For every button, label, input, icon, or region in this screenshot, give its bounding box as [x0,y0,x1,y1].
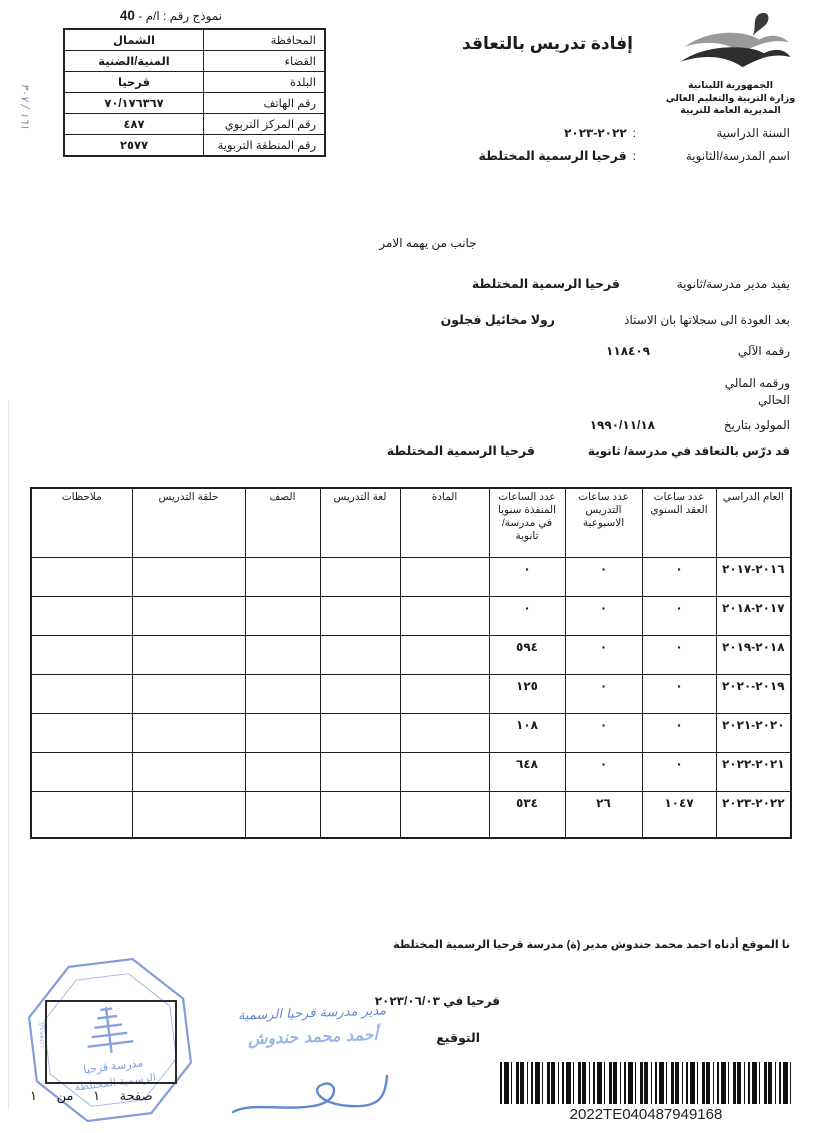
statement-1-label: يفيد مدير مدرسة/ثانوية [620,277,790,291]
table-row: رقم المركز التربوي٤٨٧ [64,114,325,135]
form-number-value: 40 [120,8,135,23]
table-row: المحافظةالشمال [64,29,325,51]
region-value: ٤٨٧ [64,114,204,135]
table-cell [132,753,245,792]
statement-2-label: بعد العودة الى سجلاتها بان الاستاذ [555,313,790,327]
school-name-value: قرحيا الرسمية المختلطة [479,149,627,163]
table-row: رقم الهاتف٧٠/١٧٦٣٦٧ [64,93,325,114]
table-cell: ٢٦ [565,792,642,839]
table-cell [400,753,489,792]
region-label: رقم الهاتف [204,93,326,114]
table-row: ٢٠١٩-٢٠٢٠٠٠١٢٥ [31,675,791,714]
table-cell [31,792,132,839]
school-name-line: اسم المدرسة/الثانوية:قرحيا الرسمية المخت… [479,148,791,163]
document-page: نموذج رقم : ا/م - 40 ١٦١ / ٣٠٧ المحافظةا… [0,0,816,1133]
school-year-label: السنة الدراسية [642,126,790,140]
table-cell [400,714,489,753]
barcode [500,1062,792,1104]
table-cell [400,792,489,839]
table-cell [320,558,400,597]
signature-scribble-icon [225,1072,410,1120]
signature-label: التوقيع [436,1030,480,1045]
table-cell [245,792,320,839]
region-value: الشمال [64,29,204,51]
table-cell [245,753,320,792]
table-cell [400,675,489,714]
table-cell: ٠ [642,636,716,675]
region-label: البلدة [204,72,326,93]
table-cell: ٢٠١٩-٢٠٢٠ [716,675,791,714]
statement-line-3: رقمه الآلي١١٨٤٠٩ [606,344,790,358]
ministry-logo [660,10,805,85]
table-cell: ١٢٥ [489,675,565,714]
table-cell [400,636,489,675]
region-info-table: المحافظةالشمال القضاءالمنية/الضنية البلد… [63,28,326,157]
table-header: عدد ساعات التدريس الاسبوعية [565,488,642,558]
table-header: حلقة التدريس [132,488,245,558]
table-cell: ٥٣٤ [489,792,565,839]
table-cell [31,636,132,675]
table-cell [132,714,245,753]
statement-4-label-b: الحالي [758,393,790,407]
region-value: ٢٥٧٧ [64,135,204,157]
region-label: رقم المنطقة التربوية [204,135,326,157]
table-cell [245,675,320,714]
ministry-line1: الجمهورية اللبنانية [648,80,813,93]
table-cell: ٠ [642,558,716,597]
form-number-label: نموذج رقم : ا/م - [138,9,222,23]
statement-6-label: قد درّس بالتعاقد في مدرسة/ ثانوية [535,444,790,458]
table-cell [132,558,245,597]
table-cell [320,714,400,753]
table-row: ٢٠١٦-٢٠١٧٠٠٠ [31,558,791,597]
colon: : [627,126,642,140]
signature-name-line: أحمد محمد حندوش [195,1023,431,1050]
table-cell [132,792,245,839]
table-header: الصف [245,488,320,558]
table-row: ٢٠٢٢-٢٠٢٣١٠٤٧٢٦٥٣٤ [31,792,791,839]
table-cell: ٢٠٢١-٢٠٢٢ [716,753,791,792]
page-title: إفادة تدريس بالتعاقد [420,34,675,54]
statement-3-label: رقمه الآلي [650,344,790,358]
table-cell: ٠ [565,558,642,597]
table-cell: ٢٠١٧-٢٠١٨ [716,597,791,636]
table-cell [31,558,132,597]
table-cell [245,714,320,753]
to-whom-line: جانب من يهمه الامر [0,236,816,250]
table-cell: ٠ [642,753,716,792]
statement-4-label-a: ورقمه المالي [725,376,790,390]
table-cell [400,558,489,597]
ministry-line2: وزارة التربية والتعليم العالي [648,93,813,106]
table-cell [245,558,320,597]
declaration-line: نا الموقع أدناه احمد محمد حندوش مدير (ة)… [393,938,790,951]
table-cell [31,597,132,636]
table-cell [132,675,245,714]
statement-2-value: رولا مخائيل فجلون [441,313,555,327]
table-cell: ٠ [642,675,716,714]
table-cell [320,792,400,839]
statement-line-6: قد درّس بالتعاقد في مدرسة/ ثانويةقرحيا ا… [387,443,790,458]
table-cell [132,636,245,675]
table-cell: ٠ [642,597,716,636]
table-header: لغة التدريس [320,488,400,558]
table-header: العام الدراسي [716,488,791,558]
table-cell [31,714,132,753]
colon: : [627,149,642,163]
ministry-line3: المديرية العامة للتربية [648,105,813,118]
table-cell: ٠ [565,597,642,636]
table-cell: ١٠٤٧ [642,792,716,839]
table-cell [320,636,400,675]
table-header-row: العام الدراسي عدد ساعات العقد السنوي عدد… [31,488,791,558]
form-number: نموذج رقم : ا/م - 40 [96,8,246,23]
region-label: المحافظة [204,29,326,51]
school-name-label: اسم المدرسة/الثانوية [642,149,790,163]
table-header: عدد الساعات المنفذة سنويا في مدرسة/ثانوي… [489,488,565,558]
table-row: القضاءالمنية/الضنية [64,51,325,72]
table-cell: ٢٠٢٢-٢٠٢٣ [716,792,791,839]
table-cell: ٠ [565,753,642,792]
stamp-placeholder-box [45,1000,177,1084]
table-cell [245,597,320,636]
statement-line-4b: الحالي [758,393,790,407]
table-row: رقم المنطقة التربوية٢٥٧٧ [64,135,325,157]
open-book-bird-icon [665,10,800,80]
table-cell: ٦٤٨ [489,753,565,792]
table-header: المادة [400,488,489,558]
table-row: ٢٠١٧-٢٠١٨٠٠٠ [31,597,791,636]
statement-6-value: قرحيا الرسمية المختلطة [387,444,535,458]
statement-3-value: ١١٨٤٠٩ [606,344,650,358]
table-cell [400,597,489,636]
table-cell: ٠ [489,558,565,597]
table-header: عدد ساعات العقد السنوي [642,488,716,558]
region-value: ٧٠/١٧٦٣٦٧ [64,93,204,114]
table-cell: ٢٠١٦-٢٠١٧ [716,558,791,597]
table-cell: ٠ [565,636,642,675]
table-cell [320,753,400,792]
signature-handwriting: مدير مدرسة قرحيا الرسمية أحمد محمد حندوش [194,1002,430,1050]
table-row: البلدةقرحيا [64,72,325,93]
statement-line-1: يفيد مدير مدرسة/ثانويةقرحيا الرسمية المخ… [472,276,790,291]
table-cell: ٠ [489,597,565,636]
svg-text:الجمهورية اللبنانية - وزارة ال: الجمهورية اللبنانية - وزارة التربية والت… [10,959,49,1052]
statement-line-2: بعد العودة الى سجلاتها بان الاستاذرولا م… [441,312,790,327]
table-row: ٢٠٢٠-٢٠٢١٠٠١٠٨ [31,714,791,753]
table-cell: ٢٠١٨-٢٠١٩ [716,636,791,675]
statement-5-label: المولود بتاريخ [655,418,790,432]
school-year-value: ٢٠٢٢-٢٠٢٣ [564,126,627,140]
table-cell: ٢٠٢٠-٢٠٢١ [716,714,791,753]
table-cell [132,597,245,636]
statement-line-5: المولود بتاريخ١٩٩٠/١١/١٨ [590,418,790,432]
statement-1-value: قرحيا الرسمية المختلطة [472,277,620,291]
barcode-text: 2022TE040487949168 [500,1106,792,1123]
table-cell: ٠ [642,714,716,753]
scan-artifact-line [8,400,9,1110]
table-header: ملاحظات [31,488,132,558]
table-row: ٢٠٢١-٢٠٢٢٠٠٦٤٨ [31,753,791,792]
table-row: ٢٠١٨-٢٠١٩٠٠٥٩٤ [31,636,791,675]
school-year-line: السنة الدراسية:٢٠٢٢-٢٠٢٣ [564,126,790,140]
region-value: قرحيا [64,72,204,93]
table-cell: ١٠٨ [489,714,565,753]
table-cell: ٥٩٤ [489,636,565,675]
table-cell [320,597,400,636]
signature-title-line: مدير مدرسة قرحيا الرسمية [194,1002,429,1025]
statement-5-value: ١٩٩٠/١١/١٨ [590,418,655,432]
table-cell [320,675,400,714]
page-number: صفحة ١ من ١ [30,1088,153,1104]
region-label: القضاء [204,51,326,72]
table-cell [245,636,320,675]
region-value: المنية/الضنية [64,51,204,72]
table-cell: ٠ [565,714,642,753]
table-cell: ٠ [565,675,642,714]
region-label: رقم المركز التربوي [204,114,326,135]
ministry-text: الجمهورية اللبنانية وزارة التربية والتعل… [648,80,813,118]
teaching-history-table: العام الدراسي عدد ساعات العقد السنوي عدد… [30,487,792,839]
table-cell [31,753,132,792]
table-cell [31,675,132,714]
handwritten-reference: ١٦١ / ٣٠٧ [19,52,32,162]
stamp-ring-text: الجمهورية اللبنانية - وزارة التربية والت… [10,959,49,1052]
statement-line-4a: ورقمه المالي [725,376,790,390]
